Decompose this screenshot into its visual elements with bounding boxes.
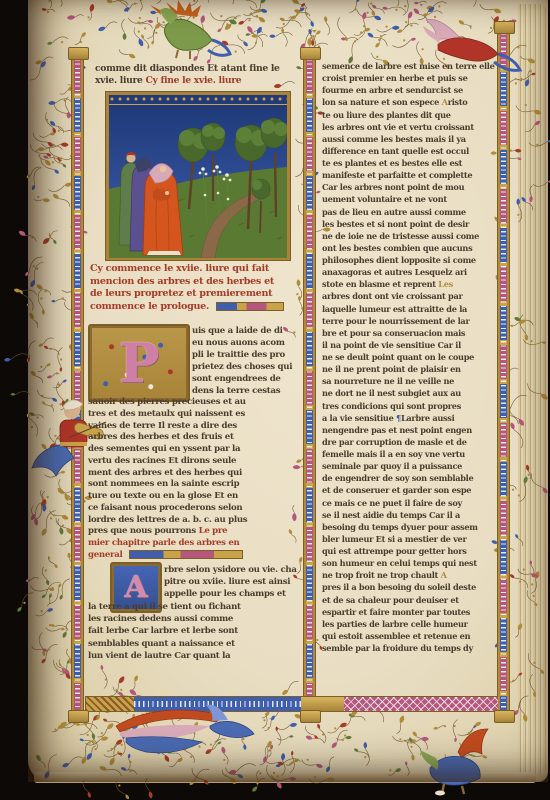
dragon-legs [176, 50, 190, 59]
body-text: stote en blasme et reprent [322, 279, 438, 289]
body-text: sauoir des pierres precieuses et au [88, 397, 246, 407]
text-line: terre pour le nourrissement de lar [322, 315, 495, 327]
rubric-text: general [88, 550, 125, 560]
body-text: Car les arbres nont point de mou [322, 182, 464, 192]
body-text: et de sa chaleur pour deuiser et [322, 595, 459, 605]
text-line: lon sa nature et son espece Aristo [322, 96, 495, 108]
dragon-beak [150, 5, 161, 15]
text-line: a la vie sensitiue ¶Larbre aussi [322, 412, 495, 424]
body-text: ne trop froit ne trop chault [322, 570, 441, 580]
belt [60, 442, 87, 446]
text-line: nengendre pas et nest point engen [322, 424, 495, 436]
dragon-tail [208, 40, 230, 55]
text-line: besoing du temps dyuer pour assem [322, 521, 495, 533]
wyvern-tail [494, 54, 520, 70]
text-line: general [88, 550, 247, 562]
body-text: terre pour le nourrissement de lar [322, 316, 469, 326]
text-line: ne dort ne il nest subgiet aux au [322, 387, 495, 399]
text-line: te ou liure des plantes dit que [322, 109, 495, 121]
text-line: semblables quant a naissance et [88, 638, 241, 650]
body-text: dens la terre cestas [192, 386, 280, 396]
body-text: pres que nous pourrons [88, 526, 199, 536]
text-line: appelle pour les champs et [164, 588, 297, 600]
text-line: croist premier en herbe et puis se [322, 72, 495, 84]
text-line: les parties de larbre celle humeur [322, 618, 495, 630]
text-line: vaines de terre Il reste a dire des [88, 421, 247, 433]
text-line: lun vient de lautre Car quant la [88, 650, 241, 662]
text-line: aussi comme les bestes mais il ya [322, 133, 495, 145]
body-text: pas de lieu en autre aussi comme [322, 207, 466, 217]
text-line: ce faisant nous procederons selon [88, 503, 247, 515]
text-line: ment des arbres et des herbes qui [88, 468, 247, 480]
text-line: laquelle lumeur est attraitte de la [322, 303, 495, 315]
body-text: anaxagoras et autres Lesquelz ari [322, 267, 467, 277]
body-text: des sementes qui en yssent par la [88, 444, 240, 454]
dragonet-body [210, 721, 254, 737]
body-text: femelle mais il a en soy vne vertu [322, 449, 465, 459]
bar-knot [494, 710, 515, 723]
dragonet-grotesque-icon [200, 700, 260, 742]
text-line: te es plantes et es bestes elle est [322, 157, 495, 169]
body-text: la terre a qui il se tient ou fichant [88, 602, 241, 612]
text-line: pitre ou xviie. liure est ainsi [164, 576, 297, 588]
body-text: qui est attrempe pour getter hors [322, 546, 467, 556]
body-text: de engendrer de soy son semblable [322, 473, 473, 483]
text-line: arbres des herbes et des fruis et [88, 432, 247, 444]
text-line: bre et pour sa conseruacion mais [322, 327, 495, 339]
body-text: les bestes et si nont point de desir [322, 219, 469, 229]
griffin-head [420, 750, 438, 770]
body-text: sa nourreture ne il ne veille ne [322, 376, 454, 386]
text-line: semence de larbre est mise en terre elle [322, 60, 495, 72]
body-text: risto [448, 97, 468, 107]
text-line: pas de lieu en autre aussi comme [322, 206, 495, 218]
text-line: les racines dedens aussi comme [88, 613, 241, 625]
text-line: tres et des metaulx qui naissent es [88, 409, 247, 421]
body-text: ont les bestes combien que aucuns [322, 243, 472, 253]
body-text: ne de ioie ne de tristesse aussi come [322, 231, 479, 241]
body-text: te ou liure des plantes dit que [322, 110, 451, 120]
body-text: fait lerbe Car larbre et lerbe sont [88, 626, 238, 636]
body-text: ne dort ne il nest subgiet aux au [322, 388, 461, 398]
body-text: semble par la froidure du temps dy [322, 643, 473, 653]
body-text: pres il a bon besoing du soleil deste [322, 582, 476, 592]
text-line: femelle mais il a en soy vne vertu [322, 448, 495, 460]
body-text: semence de larbre est mise en terre elle [322, 61, 495, 71]
prologue-text: sauoir des pierres precieuses et autres … [88, 397, 247, 562]
text-line: dens la terre cestas [192, 386, 292, 398]
body-text: laquelle lumeur est attraitte de la [322, 304, 467, 314]
text-line: la terre a qui il se tient ou fichant [88, 601, 241, 613]
text-line: lordre des lettres de a. b. c. au plus [88, 515, 247, 527]
text-line: philosophes dient lopposite si come [322, 254, 495, 266]
rubric-text: Cy fine le xvie. liure [146, 75, 242, 86]
body-text: lordre des lettres de a. b. c. au plus [88, 515, 247, 525]
right-column-text: semence de larbre est mise en terre elle… [322, 60, 495, 654]
text-line: uis que a laide de di [192, 326, 292, 338]
body-text: seminale par quoy il a puissance [322, 461, 462, 471]
body-text: tres condicions qui sont propres [322, 401, 461, 411]
rubric-text: Cy commence le xviie. liure qui fait [90, 263, 269, 274]
text-line: vertu des racines Et dirons seule [88, 456, 247, 468]
body-text: les racines dedens aussi comme [88, 614, 233, 624]
dragonet-wing [206, 705, 228, 721]
body-text: ce mais ce ne puet il faire de soy [322, 498, 462, 508]
griffin-grotesque-icon [410, 724, 495, 796]
body-text: et de conseruer et garder son espe [322, 485, 471, 495]
text-line: les arbres ont vie et vertu croissant [322, 121, 495, 133]
text-line: arbres dont ont vie croissant par [322, 290, 495, 302]
column-divider-bar [303, 56, 316, 714]
body-text: sont nommees en la sainte escrip [88, 479, 239, 489]
rubric-text: commence le prologue. [90, 301, 212, 312]
body-text: Les [438, 279, 453, 289]
text-line: fait lerbe Car larbre et lerbe sont [88, 625, 241, 637]
body-text: besoing du temps dyuer pour assem [322, 522, 478, 532]
body-text: croist premier en herbe et puis se [322, 73, 468, 83]
body-text: bler lumeur Et si a mestier de ver [322, 534, 466, 544]
text-line: qui estoit assemblee et retenue en [322, 630, 495, 642]
decorated-initial-p: P [88, 324, 190, 402]
body-text: bre et pour sa conseruacion mais [322, 328, 465, 338]
body-text: semblables quant a naissance et [88, 639, 235, 649]
body-text: tres et des metaulx qui naissent es [88, 409, 245, 419]
text-line: de leurs propretez et premierement [90, 288, 284, 301]
initial-letter: P [119, 336, 160, 390]
body-text: vertu des racines Et dirons seule [88, 456, 236, 466]
text-line: et de sa chaleur pour deuiser et [322, 594, 495, 606]
text-line: bler lumeur Et si a mestier de ver [322, 533, 495, 545]
initial-letter: A [124, 573, 147, 603]
text-line: Car les arbres nont point de mou [322, 181, 495, 193]
body-text: qui estoit assemblee et retenue en [322, 631, 470, 641]
text-line: ne de ioie ne de tristesse aussi come [322, 230, 495, 242]
body-text: manifeste et parfaitte et complette [322, 170, 472, 180]
body-text: te es plantes et es bestes elle est [322, 158, 462, 168]
body-text: arbres dont ont vie croissant par [322, 291, 463, 301]
text-line: stote en blasme et reprent Les [322, 278, 495, 290]
text-line: rbre selon ysidore ou vie. cha [164, 564, 297, 576]
held-object [435, 791, 445, 796]
text-line: il na point de vie sensitiue Car il [322, 339, 495, 351]
text-line: eu nous auons acom [192, 338, 292, 350]
text-line: sa nourreture ne il ne veille ne [322, 375, 495, 387]
body-text: xvie. liure [95, 75, 146, 86]
text-line: commence le prologue. [90, 301, 284, 314]
body-text: sont engendrees de [192, 374, 281, 384]
left-rule-bar [71, 56, 84, 714]
text-line: tres condicions qui sont propres [322, 400, 495, 412]
text-line: qui est attrempe pour getter hors [322, 545, 495, 557]
text-line: semble par la froidure du temps dy [322, 642, 495, 654]
body-text: pli le traittie des pro [192, 350, 285, 360]
body-text: pitre ou xviie. liure est ainsi [164, 577, 290, 587]
miniature-scene [109, 105, 287, 258]
body-text: ment des arbres et des herbes qui [88, 468, 242, 478]
pink-diaper-segment [344, 697, 498, 711]
body-text: les parties de larbre celle humeur [322, 619, 468, 629]
text-line: des sementes qui en yssent par la [88, 444, 247, 456]
bar-knot [68, 47, 89, 60]
dragon-body [164, 19, 212, 50]
body-text: rbre selon ysidore ou vie. cha [164, 565, 297, 575]
chapter-text-indent: rbre selon ysidore ou vie. chapitre ou x… [164, 564, 297, 600]
miniature-frame-band [109, 95, 287, 105]
body-text: il na point de vie sensitiue Car il [322, 340, 461, 350]
text-line: ture ou texte ou en la glose Et en [88, 491, 247, 503]
text-line: les bestes et si nont point de desir [322, 218, 495, 230]
text-line: dre par corruption de masle et de [322, 436, 495, 448]
body-text: eu nous auons acom [192, 338, 285, 348]
foliate-tail [32, 444, 74, 476]
griffin-wing [458, 729, 488, 758]
text-line: sauoir des pierres precieuses et au [88, 397, 247, 409]
body-text: appelle pour les champs et [164, 589, 286, 599]
line-filler [129, 550, 243, 559]
bar-knot [300, 47, 321, 60]
text-line: ne trop froit ne trop chault A [322, 569, 495, 581]
body-text: les arbres ont vie et vertu croissant [322, 122, 474, 132]
body-text: A [441, 570, 447, 580]
body-text: uement voluntaire et ne vont [322, 194, 447, 204]
body-text: philosophes dient lopposite si come [322, 255, 476, 265]
body-text: se il nest aidie du temps Car il a [322, 510, 460, 520]
musician-turban [63, 400, 83, 410]
body-text: ne se deult point quant on le coupe [322, 352, 474, 362]
chapter-text: la terre a qui il se tient ou fichantles… [88, 601, 241, 662]
prologue-text-indent: uis que a laide de dieu nous auons acomp… [192, 326, 292, 397]
dragon-grotesque-icon [138, 0, 253, 60]
text-line: mier chapitre parle des arbres en [88, 538, 247, 550]
text-line: mencion des arbres et des herbes et [90, 276, 284, 289]
line-filler [216, 302, 284, 311]
text-line: espartir et faire monter par toutes [322, 606, 495, 618]
text-line: xvie. liure Cy fine le xvie. liure [95, 75, 280, 87]
text-line: pli le traittie des pro [192, 350, 292, 362]
body-text: uis que a laide de di [192, 326, 283, 336]
text-line: manifeste et parfaitte et complette [322, 169, 495, 181]
body-text: a la vie sensitiue [322, 413, 396, 423]
text-line: sont engendrees de [192, 374, 292, 386]
rubric-text: mencion des arbres et des herbes et [90, 276, 274, 287]
text-line: de engendrer de soy son semblable [322, 472, 495, 484]
griffin-body [430, 756, 480, 785]
text-line: uement voluntaire et ne vont [322, 193, 495, 205]
text-line: seminale par quoy il a puissance [322, 460, 495, 472]
right-rule-bar [497, 30, 510, 714]
text-line: anaxagoras et autres Lesquelz ari [322, 266, 495, 278]
body-text: arbres des herbes et des fruis et [88, 432, 234, 442]
body-text: nengendre pas et nest point engen [322, 425, 472, 435]
header-explicit-text: comme dit diaspondes Et atant fine lexvi… [95, 63, 280, 88]
body-text: dre par corruption de masle et de [322, 437, 467, 447]
body-text: difference en tant quelle est occul [322, 146, 469, 156]
text-line: Cy commence le xviie. liure qui fait [90, 263, 284, 276]
miniature-painting [106, 92, 290, 260]
body-text: lon sa nature et son espece [322, 97, 442, 107]
text-line: ne se deult point quant on le coupe [322, 351, 495, 363]
text-line: ce mais ce ne puet il faire de soy [322, 497, 495, 509]
manuscript-photo: comme dit diaspondes Et atant fine lexvi… [0, 0, 550, 800]
body-text: lun vient de lautre Car quant la [88, 651, 230, 661]
rubric-text: de leurs propretez et premierement [90, 288, 272, 299]
gold-segment [301, 697, 344, 711]
text-line: pres il a bon besoing du soleil deste [322, 581, 495, 593]
text-line: son humeur en celui temps qui nest [322, 557, 495, 569]
text-line: fourme en arbre et sendurcist se [322, 84, 495, 96]
wyvern-body [438, 38, 498, 61]
body-text: ce faisant nous procederons selon [88, 503, 242, 513]
fish-fin [126, 737, 202, 753]
bar-knot [300, 710, 321, 723]
body-text: espartir et faire monter par toutes [322, 607, 470, 617]
opening-rubric: Cy commence le xviie. liure qui faitmenc… [90, 263, 284, 313]
text-line: ne il ne prent point de plaisir en [322, 363, 495, 375]
rubric-text: Le pre [199, 526, 228, 536]
body-text: son humeur en celui temps qui nest [322, 558, 477, 568]
text-line: se il nest aidie du temps Car il a [322, 509, 495, 521]
body-text: prietez des choses qui [192, 362, 292, 372]
body-text: ne il ne prent point de plaisir en [322, 364, 461, 374]
text-line: pres que nous pourrons Le pre [88, 526, 247, 538]
text-line: prietez des choses qui [192, 362, 292, 374]
bar-knot [68, 710, 89, 723]
body-text: ture ou texte ou en la glose Et en [88, 491, 238, 501]
body-text: aussi comme les bestes mais il ya [322, 134, 466, 144]
body-text: fourme en arbre et sendurcist se [322, 85, 463, 95]
body-text: comme dit diaspondes Et atant fine le [95, 63, 280, 74]
text-line: difference en tant quelle est occul [322, 145, 495, 157]
text-line: ont les bestes combien que aucuns [322, 242, 495, 254]
text-line: sont nommees en la sainte escrip [88, 479, 247, 491]
rubric-text: mier chapitre parle des arbres en [88, 538, 240, 548]
body-text: vaines de terre Il reste a dire des [88, 421, 237, 431]
body-text: Larbre aussi [401, 413, 454, 423]
text-line: comme dit diaspondes Et atant fine le [95, 63, 280, 75]
text-line: et de conseruer et garder son espe [322, 484, 495, 496]
